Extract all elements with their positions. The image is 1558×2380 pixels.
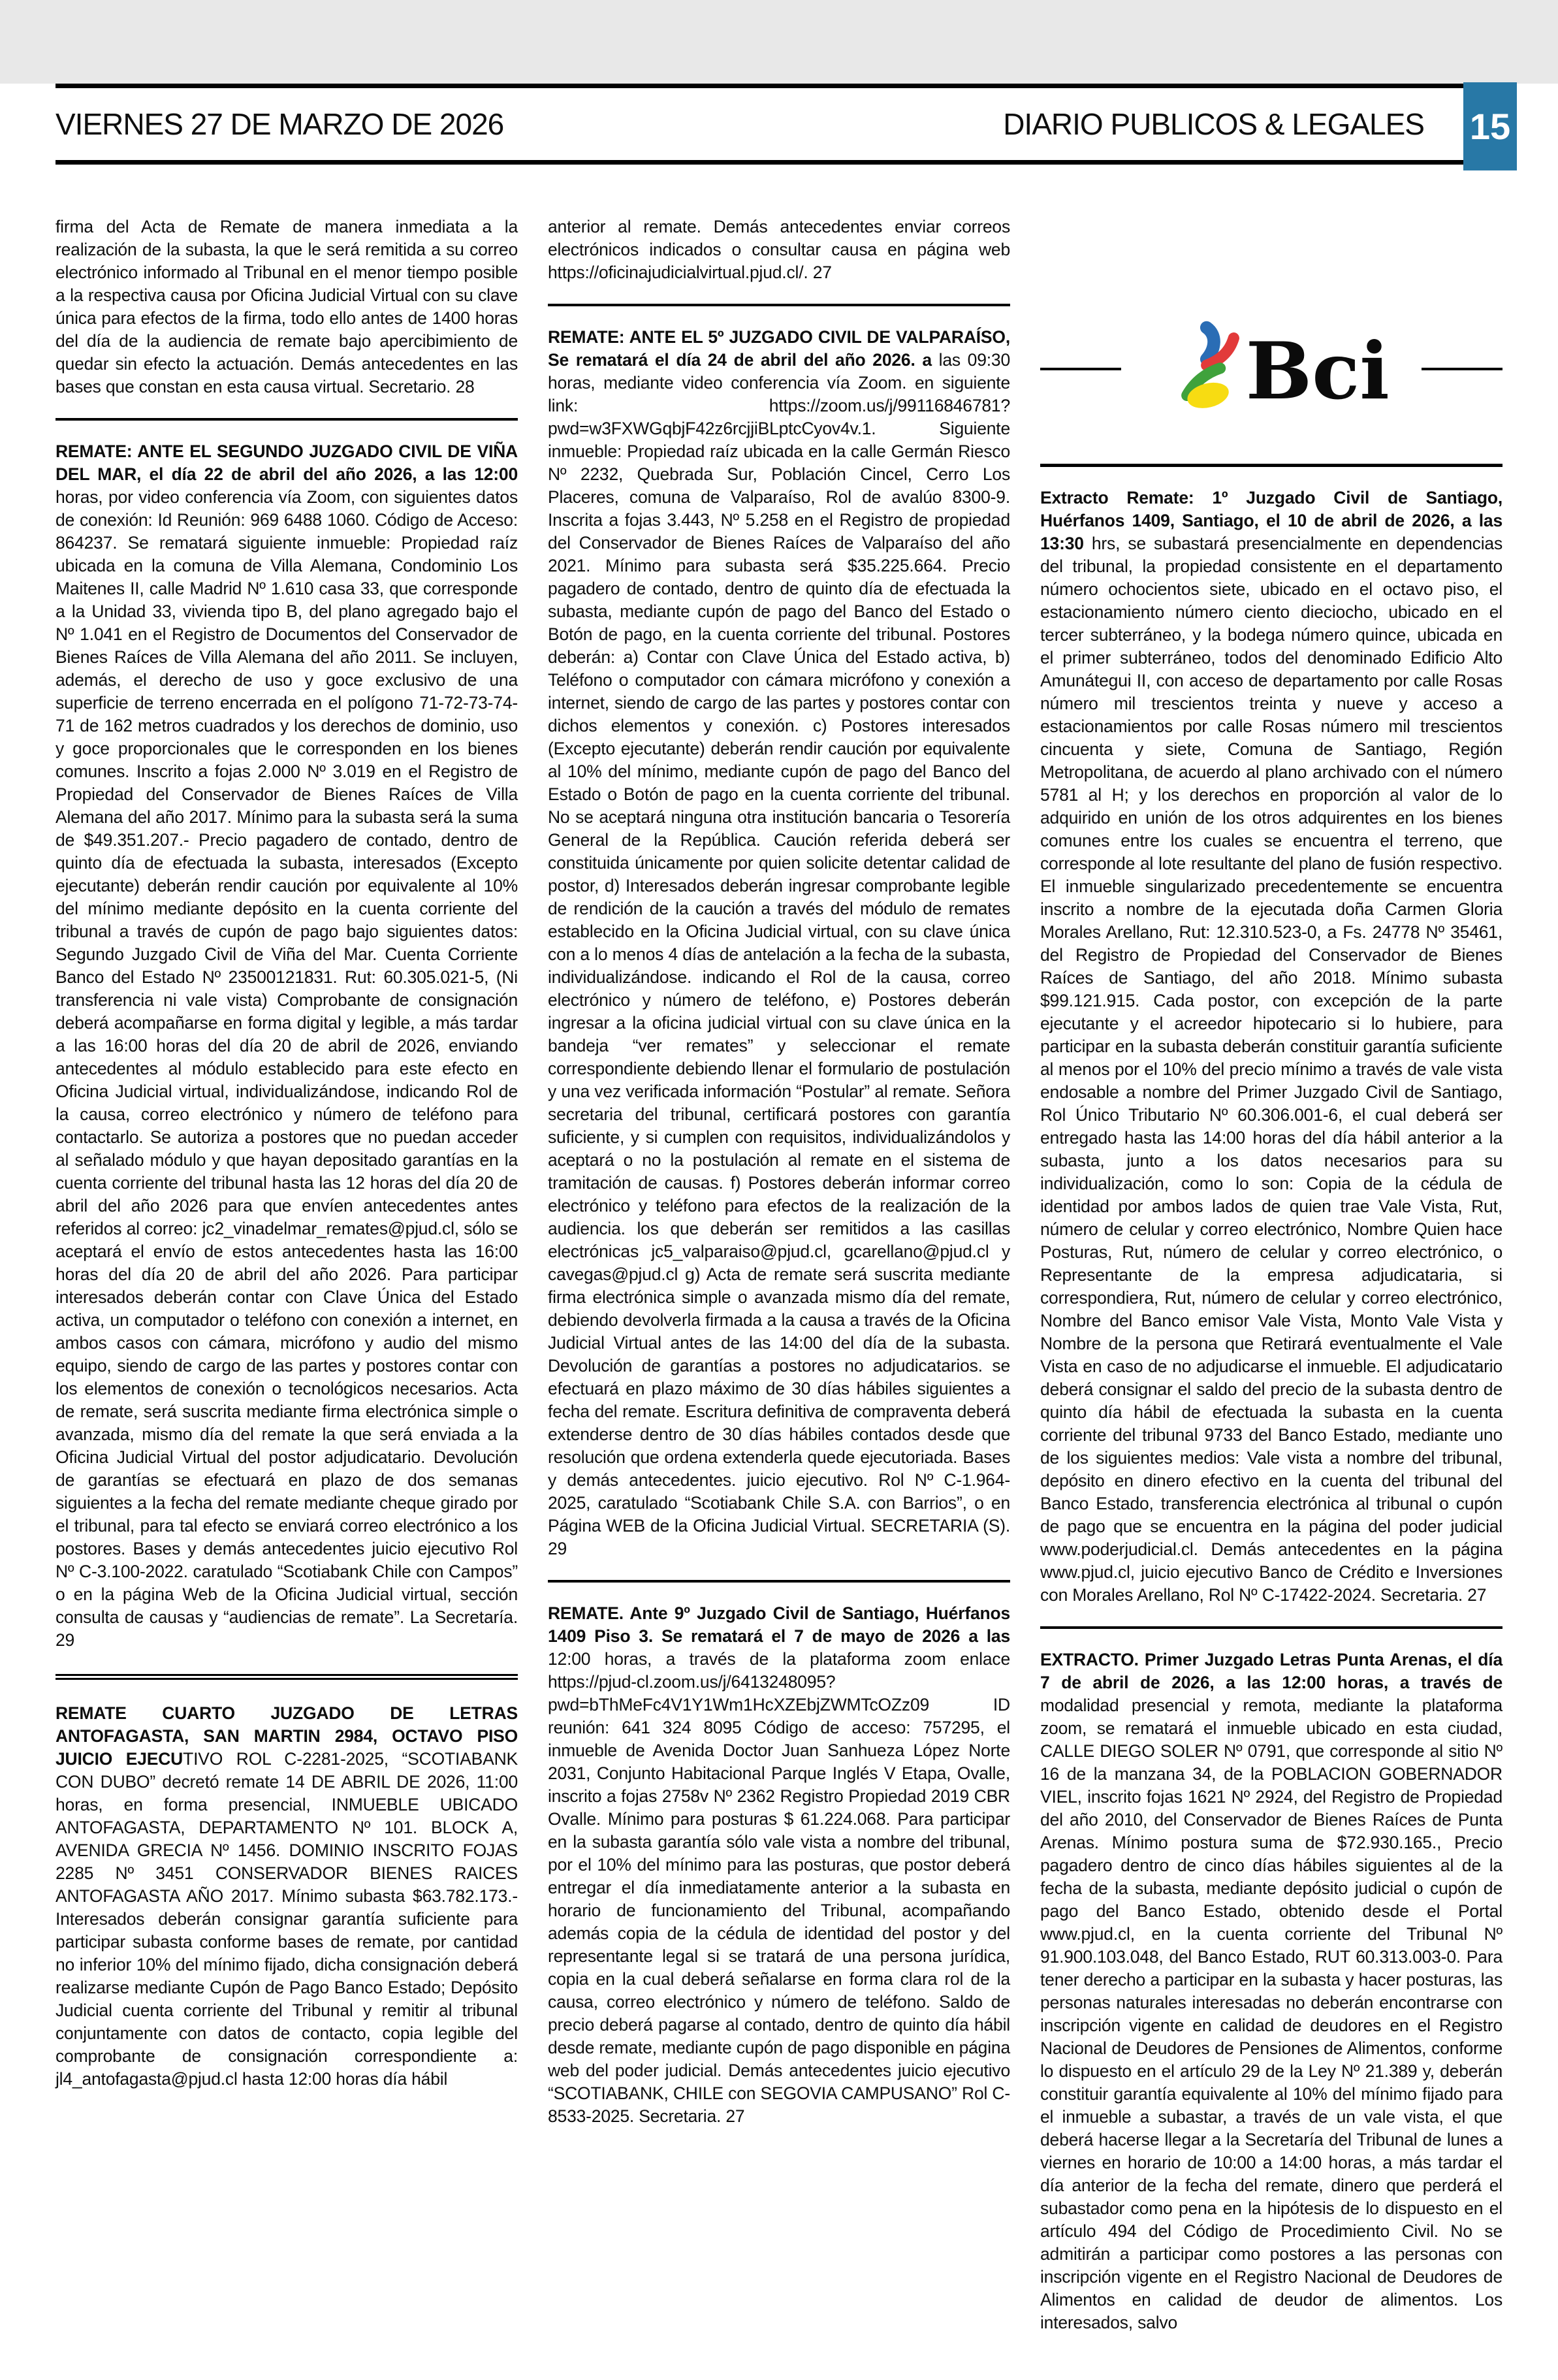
section-divider — [548, 304, 1010, 306]
notice-body: 12:00 horas, a través de la plataforma z… — [548, 1649, 1010, 2126]
legal-notice-antofagasta: REMATE CUARTO JUZGADO DE LETRAS ANTOFAGA… — [56, 1702, 518, 2091]
column-2: anterior al remate. Demás antecedentes e… — [548, 216, 1010, 2334]
notice-body: las 09:30 horas, mediante video conferen… — [548, 350, 1010, 1558]
notice-body: TIVO ROL C-2281-2025, “SCOTIABANK CON DU… — [56, 1749, 518, 2089]
notice-body: anterior al remate. Demás antecedentes e… — [548, 217, 1010, 282]
newspaper-page: VIERNES 27 DE MARZO DE 2026 DIARIO PUBLI… — [0, 84, 1558, 2380]
legal-notice-continuation: anterior al remate. Demás antecedentes e… — [548, 216, 1010, 284]
notice-body: horas, por video conferencia vía Zoom, c… — [56, 487, 518, 1650]
notice-body: hrs, se subastará presencialmente en dep… — [1040, 534, 1502, 1605]
legal-notice-continuation: firma del Acta de Remate de manera inmed… — [56, 216, 518, 398]
section-divider — [1040, 464, 1502, 467]
masthead-title: DIARIO PUBLICOS & LEGALES — [1003, 106, 1424, 142]
legal-notice-santiago-9: REMATE. Ante 9º Juzgado Civil de Santiag… — [548, 1602, 1010, 2128]
notice-body: modalidad presencial y remota, mediante … — [1040, 1696, 1502, 2332]
legal-notice-punta-arenas: EXTRACTO. Primer Juzgado Letras Punta Ar… — [1040, 1648, 1502, 2334]
legal-notice-bci-santiago: Extracto Remate: 1º Juzgado Civil de San… — [1040, 487, 1502, 1607]
section-divider — [548, 1580, 1010, 1583]
section-divider — [1040, 1626, 1502, 1629]
notice-lead: REMATE: ANTE EL SEGUNDO JUZGADO CIVIL DE… — [56, 442, 518, 484]
column-1: firma del Acta de Remate de manera inmed… — [56, 216, 518, 2334]
masthead: VIERNES 27 DE MARZO DE 2026 DIARIO PUBLI… — [56, 84, 1502, 165]
logo-left-rule — [1040, 368, 1121, 370]
section-divider — [56, 1674, 518, 1680]
masthead-date: VIERNES 27 DE MARZO DE 2026 — [56, 106, 503, 142]
bci-wordmark: Bci — [1246, 325, 1390, 417]
content-columns: firma del Acta de Remate de manera inmed… — [0, 165, 1558, 2380]
legal-notice-valparaiso: REMATE: ANTE EL 5º JUZGADO CIVIL DE VALP… — [548, 326, 1010, 1560]
bci-figure-blue — [1207, 328, 1214, 359]
bci-logo-icon: Bci — [1141, 320, 1402, 418]
legal-notice-vina-del-mar: REMATE: ANTE EL SEGUNDO JUZGADO CIVIL DE… — [56, 440, 518, 1652]
advertiser-logo-row: Bci — [1040, 320, 1502, 418]
notice-lead: EXTRACTO. Primer Juzgado Letras Punta Ar… — [1040, 1650, 1502, 1692]
column-3: Bci Extracto Remate: 1º Juzgado Civil de… — [1040, 216, 1502, 2334]
logo-right-rule — [1422, 368, 1502, 370]
section-divider — [56, 418, 518, 421]
notice-body: firma del Acta de Remate de manera inmed… — [56, 217, 518, 396]
notice-lead: REMATE. Ante 9º Juzgado Civil de Santiag… — [548, 1603, 1010, 1646]
page-number-badge: 15 — [1463, 82, 1517, 170]
